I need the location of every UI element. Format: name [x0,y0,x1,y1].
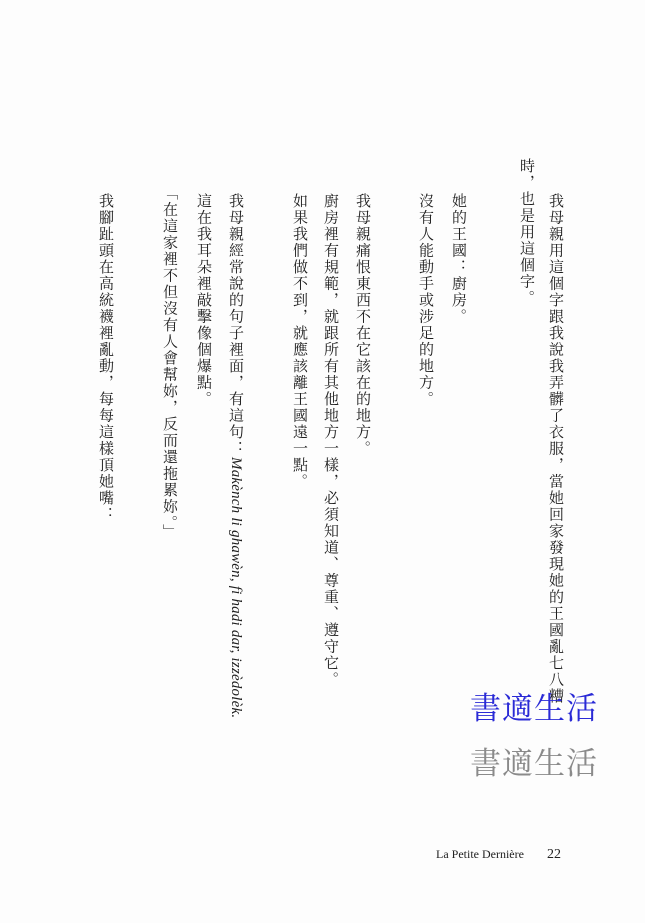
text-column-9: 這在我耳朵裡敲擊像個爆點。 [194,193,214,408]
text-column-2: 時，也是用這個字。 [517,158,537,307]
text-column-8: 我母親經常說的句子裡面，有這句：Makènch li ghawèn, fi ha… [226,193,246,718]
text-column-10: 「在這家裡不但沒有人會幫妳，反而還拖累妳。」 [160,185,180,541]
page-footer: La Petite Dernière 22 [436,847,561,863]
text-column-3: 她的王國：廚房。 [449,193,469,325]
text-column-5: 我母親痛恨東西不在它該在的地方。 [353,193,373,457]
page-number: 22 [547,847,561,862]
watermark-blue: 書適生活 [470,690,598,728]
book-page: 我母親用這個字跟我說我弄髒了衣服，當她回家發現她的王國亂七八糟 時，也是用這個字… [0,0,645,923]
text-column-7: 如果我們做不到，就應該離王國遠一點。 [290,193,310,490]
text-column-1: 我母親用這個字跟我說我弄髒了衣服，當她回家發現她的王國亂七八糟 [546,193,566,705]
text-column-11: 我腳趾頭在高統襪裡亂動，每每這樣頂她嘴： [96,193,116,523]
darija-quote: Makènch li ghawèn, fi hadi dar, izzèdolè… [228,457,244,718]
text-column-4: 沒有人能動手或涉足的地方。 [416,193,436,408]
watermark-gray: 書適生活 [470,745,598,783]
running-title: La Petite Dernière [436,847,524,861]
text-column-8-cjk: 我母親經常說的句子裡面，有這句： [227,193,245,457]
text-column-6: 廚房裡有規範，就跟所有其他地方一樣，必須知道、尊重、遵守它。 [321,193,341,688]
